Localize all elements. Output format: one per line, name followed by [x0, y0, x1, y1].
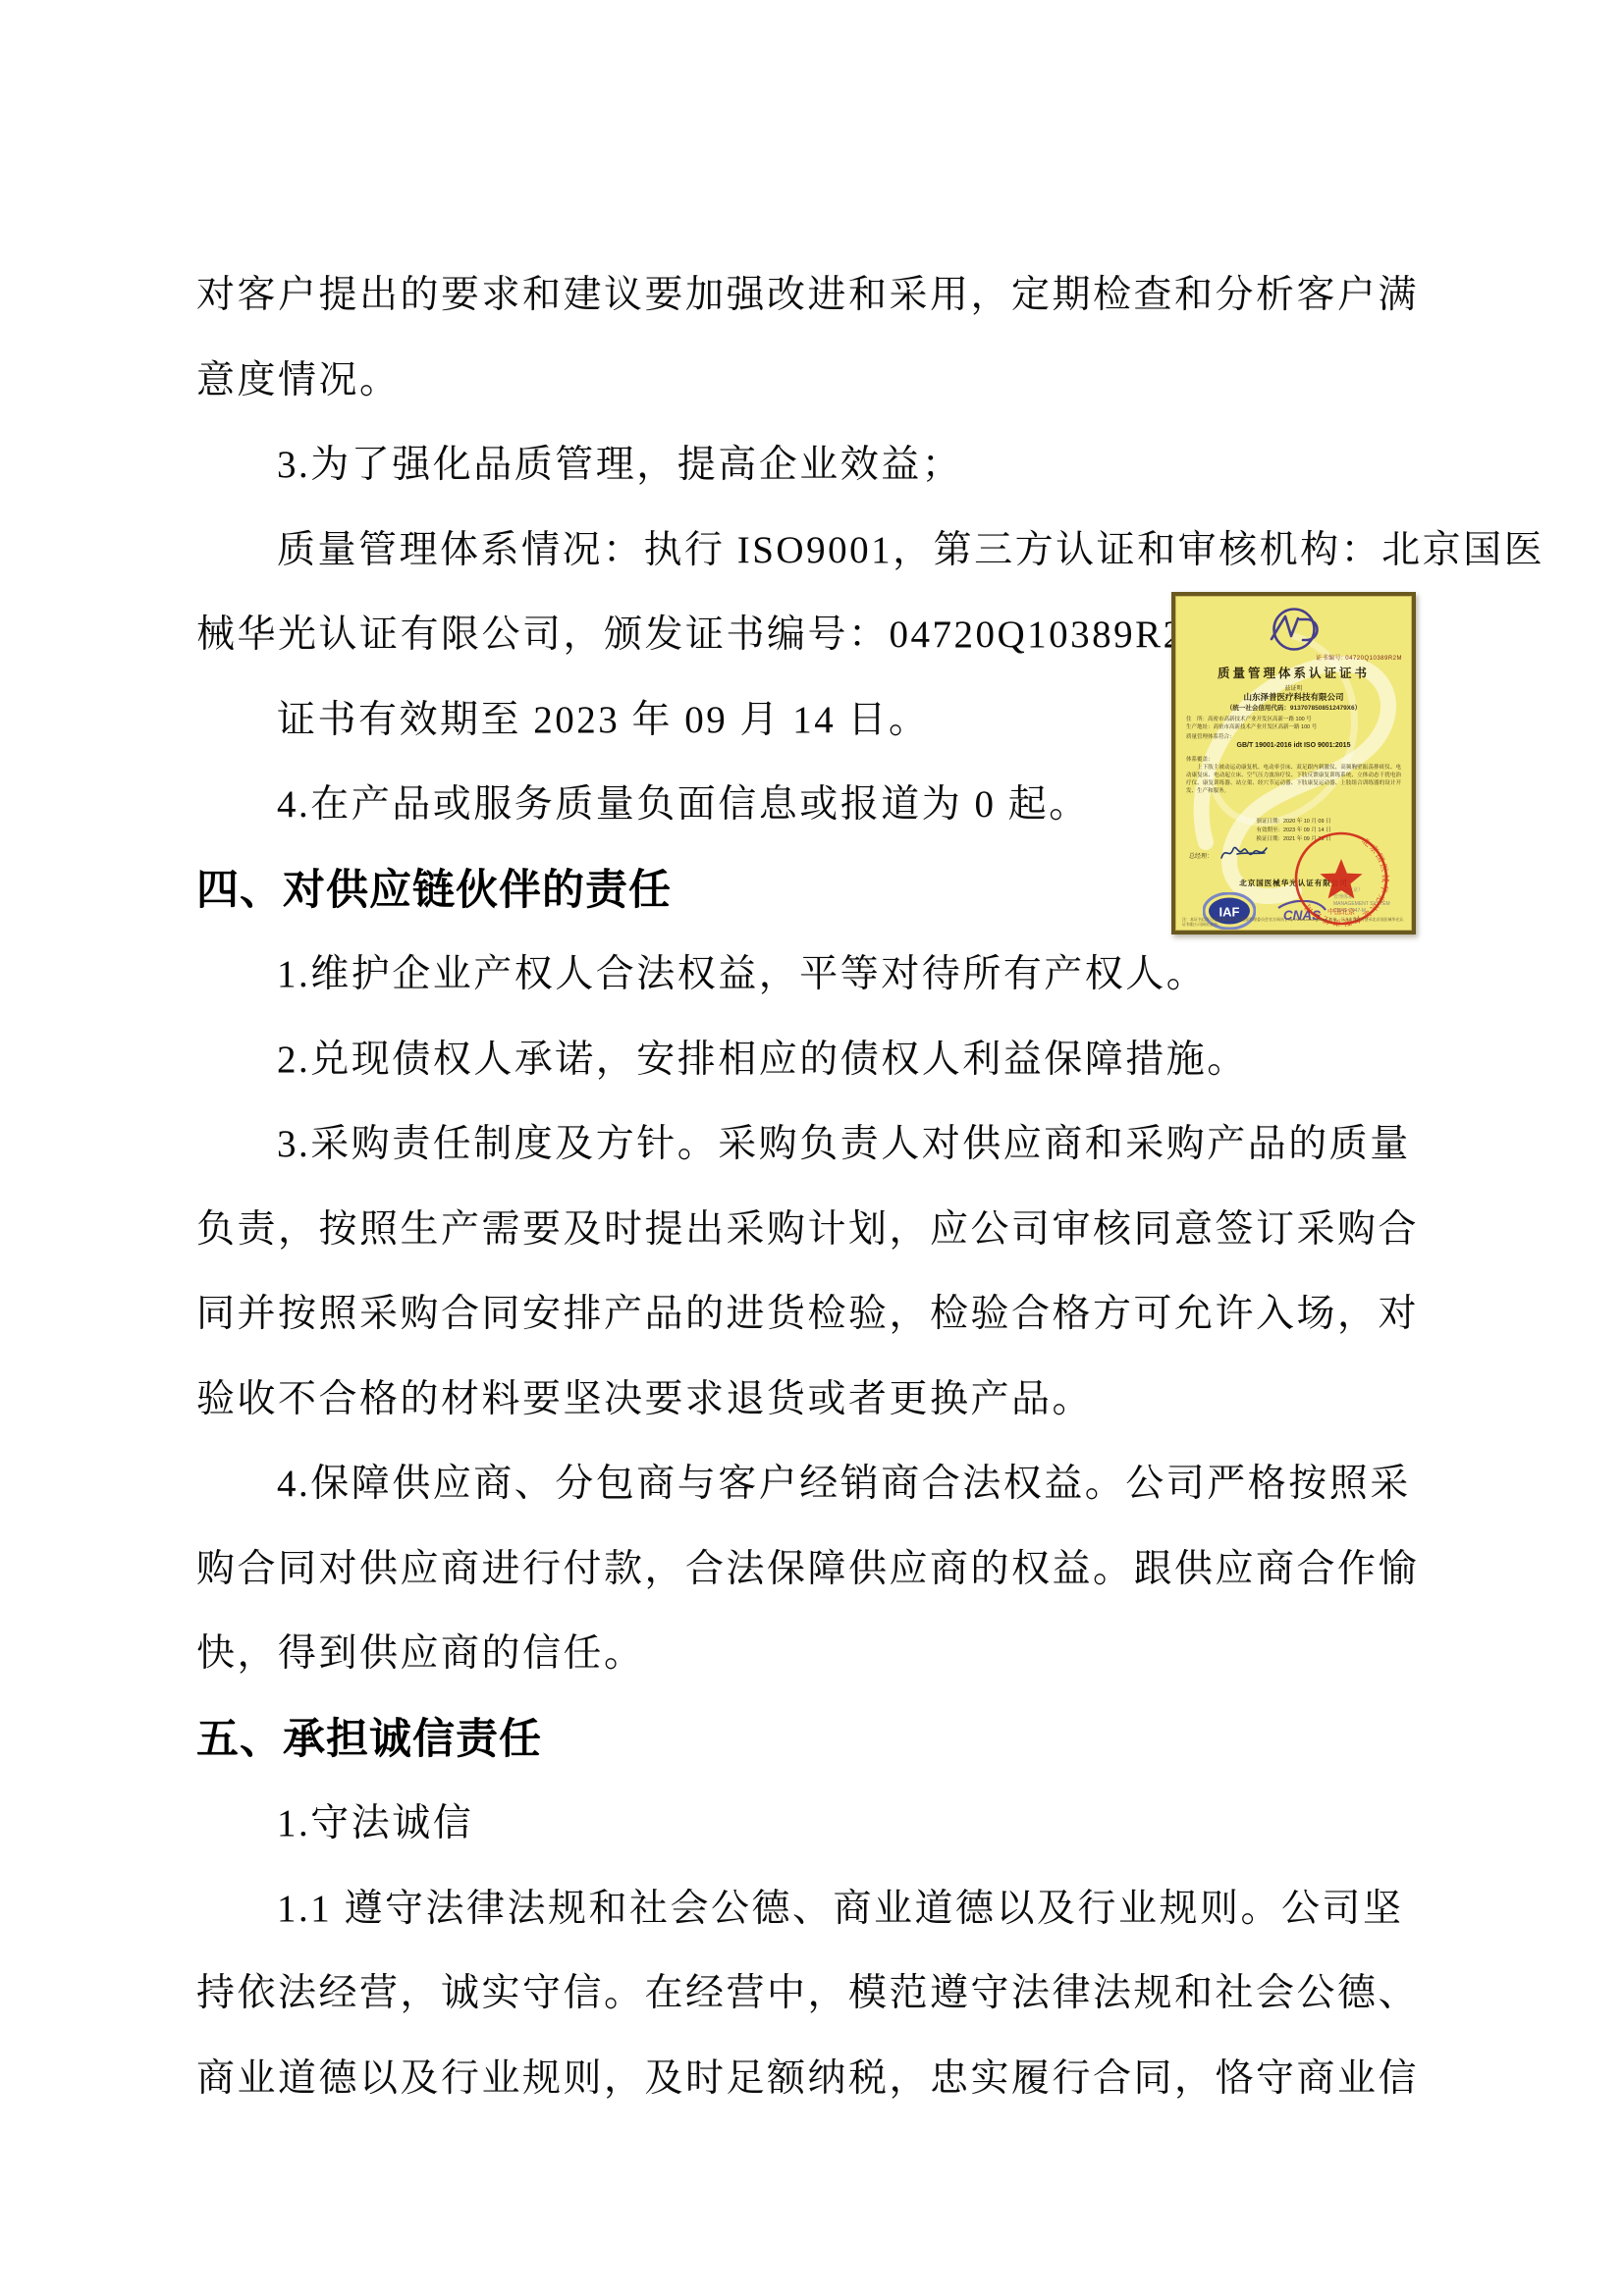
- standard-reference: GB/T 19001-2016 idt ISO 9001:2015: [1176, 742, 1411, 749]
- general-manager-label: 总经理：: [1189, 851, 1213, 860]
- company-address: 住 所：高密市高新技术产业开发区高新一路 100 号: [1186, 715, 1401, 722]
- text-line: 购合同对供应商进行付款，合法保障供应商的权益。跟供应商合作愉: [196, 1545, 1473, 1594]
- company-credit-code: （统一社会信用代码：9137078508512479X6）: [1176, 703, 1411, 712]
- text-line: 1.1 遵守法律法规和社会公德、商业道德以及行业规则。公司坚: [196, 1885, 1553, 1934]
- certificate-footer-note: 注：本证书信息可在国家认证认可监督管理委员会官方网站 (http://www.c…: [1182, 917, 1405, 927]
- text-line: 3.为了强化品质管理，提高企业效益；: [196, 441, 1553, 490]
- production-address: 生产地址：高密市高新技术产业开发区高新一路 100 号: [1186, 722, 1401, 730]
- text-line: 负责，按照生产需要及时提出采购计划，应公司审核同意签订采购合: [196, 1205, 1473, 1255]
- section-heading: 五、承担诚信责任: [196, 1715, 1473, 1764]
- text-line: 同并按照采购合同安排产品的进货检验，检验合格方可允许入场，对: [196, 1290, 1473, 1339]
- scope-label: 体系覆盖：: [1186, 755, 1214, 763]
- text-line: 对客户提出的要求和建议要加强改进和采用，定期检查和分析客户满: [196, 271, 1473, 320]
- issue-date: 颁证日期：2020 年 10 月 09 日: [1176, 817, 1411, 825]
- text-line: 意度情况。: [196, 356, 1473, 405]
- certified-company-name: 山东泽普医疗科技有限公司: [1176, 691, 1411, 703]
- md-certification-logo-icon: [1262, 607, 1326, 652]
- text-line: 验收不合格的材料要坚决要求退货或者更换产品。: [196, 1375, 1473, 1424]
- certificate-body: 证书编号: 04720Q10389R2M 质量管理体系认证证书 兹证明 山东泽普…: [1175, 596, 1412, 931]
- text-line: 4.保障供应商、分包商与客户经销商合法权益。公司严格按照采: [196, 1460, 1553, 1509]
- certification-scope-text: 上下肢主被动运动康复机、电动牵引床、双足跟内刺激仪、高频胸壁振荡排痰仪、电动康复…: [1186, 764, 1401, 795]
- text-line: 持依法经营，诚实守信。在经营中，模范遵守法律法规和社会公德、: [196, 1969, 1473, 2018]
- text-line: 商业道德以及行业规则，及时足额纳税，忠实履行合同，恪守商业信: [196, 2055, 1473, 2104]
- red-company-seal: 北京国医械华光认证有限责任公司 中国北京: [1292, 829, 1390, 928]
- document-page: 对客户提出的要求和建议要加强改进和采用，定期检查和分析客户满意度情况。3.为了强…: [0, 0, 1624, 2296]
- conformity-label: 质量管理体系符合：: [1186, 732, 1235, 740]
- text-line: 快，得到供应商的信任。: [196, 1629, 1473, 1679]
- text-line: 2.兑现债权人承诺，安排相应的债权人利益保障措施。: [196, 1036, 1553, 1085]
- certificate-image: 证书编号: 04720Q10389R2M 质量管理体系认证证书 兹证明 山东泽普…: [1171, 592, 1416, 934]
- manager-signature: [1218, 840, 1272, 866]
- svg-text:中国北京: 中国北京: [1327, 907, 1355, 916]
- certificate-title: 质量管理体系认证证书: [1176, 664, 1411, 681]
- certificate-number: 证书编号: 04720Q10389R2M: [1316, 653, 1402, 662]
- text-line: 1.维护企业产权人合法权益，平等对待所有产权人。: [196, 950, 1553, 999]
- document-text: 对客户提出的要求和建议要加强改进和采用，定期检查和分析客户满意度情况。3.为了强…: [0, 0, 1624, 2296]
- text-line: 质量管理体系情况：执行 ISO9001，第三方认证和审核机构：北京国医: [196, 526, 1553, 575]
- text-line: 1.守法诚信: [196, 1799, 1553, 1848]
- text-line: 3.采购责任制度及方针。采购负责人对供应商和采购产品的质量: [196, 1120, 1553, 1169]
